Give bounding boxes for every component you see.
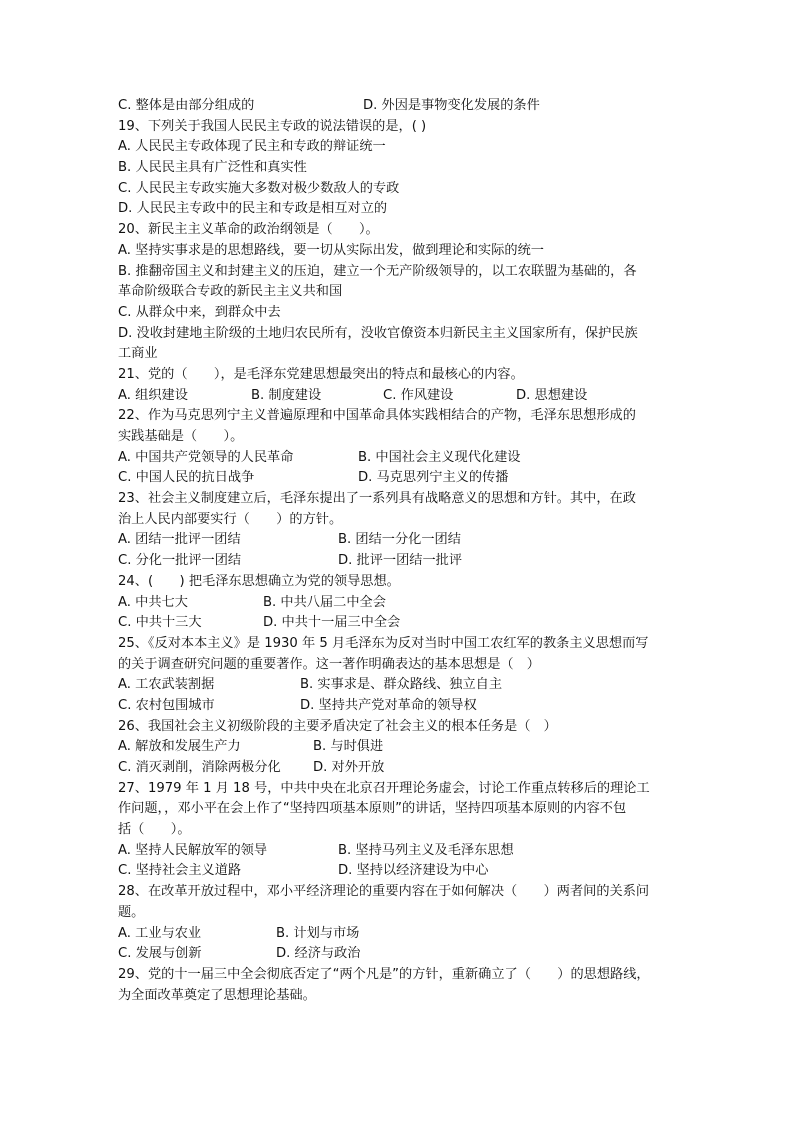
question-stem: 19、下列关于我国人民民主专政的说法错误的是，( ) bbox=[118, 117, 688, 138]
answer-options-row: A. 坚持人民解放军的领导B. 坚持马列主义及毛泽东思想 bbox=[118, 841, 688, 862]
answer-option: B. 中国社会主义现代化建设 bbox=[358, 448, 521, 469]
answer-option: D. 坚持以经济建设为中心 bbox=[338, 861, 488, 882]
text-line: C. 从群众中来，到群众中去 bbox=[118, 303, 688, 324]
text-line: 作问题，，邓小平在会上作了“坚持四项基本原则”的讲话，坚持四项基本原则的内容不包 bbox=[118, 799, 688, 820]
answer-option: C. 分化一批评一团结 bbox=[118, 551, 241, 572]
text-line: B. 人民民主具有广泛性和真实性 bbox=[118, 158, 688, 179]
answer-option: A. 工农武装割据 bbox=[118, 675, 214, 696]
answer-options-row: A. 解放和发展生产力B. 与时俱进 bbox=[118, 737, 688, 758]
question-stem: 27、1979 年 1 月 18 号，中共中央在北京召开理论务虚会，讨论工作重点… bbox=[118, 779, 688, 800]
question-stem: 22、作为马克思列宁主义普遍原理和中国革命具体实践相结合的产物，毛泽东思想形成的 bbox=[118, 406, 688, 427]
answer-option: C. 农村包围城市 bbox=[118, 696, 215, 717]
document-page: C. 整体是由部分组成的D. 外因是事物变化发展的条件19、下列关于我国人民民主… bbox=[118, 96, 688, 1006]
answer-option: D. 对外开放 bbox=[313, 758, 384, 779]
answer-options-row: C. 分化一批评一团结D. 批评一团结一批评 bbox=[118, 551, 688, 572]
answer-option: D. 坚持共产党对革命的领导权 bbox=[300, 696, 477, 717]
question-stem: 23、社会主义制度建立后，毛泽东提出了一系列具有战略意义的思想和方针。其中，在政 bbox=[118, 489, 688, 510]
answer-option: B. 团结一分化一团结 bbox=[338, 530, 461, 551]
answer-options-row: C. 中国人民的抗日战争D. 马克思列宁主义的传播 bbox=[118, 468, 688, 489]
answer-options-row: A. 工农武装割据B. 实事求是、群众路线、独立自主 bbox=[118, 675, 688, 696]
answer-option: A. 团结一批评一团结 bbox=[118, 530, 241, 551]
text-line: 为全面改革奠定了思想理论基础。 bbox=[118, 986, 688, 1007]
answer-option: A. 组织建设 bbox=[118, 386, 188, 407]
text-line: C. 人民民主专政实施大多数对极少数敌人的专政 bbox=[118, 179, 688, 200]
text-line: D. 人民民主专政中的民主和专政是相互对立的 bbox=[118, 199, 688, 220]
answer-options-row: C. 坚持社会主义道路D. 坚持以经济建设为中心 bbox=[118, 861, 688, 882]
text-line: 的关于调查研究问题的重要著作。这一著作明确表达的基本思想是（ ） bbox=[118, 655, 688, 676]
answer-option: D. 马克思列宁主义的传播 bbox=[358, 468, 508, 489]
text-line: A. 坚持实事求是的思想路线，要一切从实际出发，做到理论和实际的统一 bbox=[118, 241, 688, 262]
text-line: D. 没收封建地主阶级的土地归农民所有，没收官僚资本归新民主主义国家所有，保护民… bbox=[118, 324, 688, 345]
answer-option: D. 批评一团结一批评 bbox=[338, 551, 462, 572]
answer-options-row: C. 整体是由部分组成的D. 外因是事物变化发展的条件 bbox=[118, 96, 688, 117]
answer-option: D. 外因是事物变化发展的条件 bbox=[363, 96, 540, 117]
answer-option: B. 实事求是、群众路线、独立自主 bbox=[300, 675, 502, 696]
text-line: 括（ ）。 bbox=[118, 820, 688, 841]
answer-option: C. 作风建设 bbox=[383, 386, 453, 407]
text-line: B. 推翻帝国主义和封建主义的压迫，建立一个无产阶级领导的，以工农联盟为基础的，… bbox=[118, 262, 688, 283]
text-line: 工商业 bbox=[118, 344, 688, 365]
answer-option: B. 中共八届二中全会 bbox=[263, 593, 386, 614]
answer-options-row: A. 中共七大B. 中共八届二中全会 bbox=[118, 593, 688, 614]
question-stem: 24、( ) 把毛泽东思想确立为党的领导思想。 bbox=[118, 572, 688, 593]
answer-option: B. 计划与市场 bbox=[276, 924, 359, 945]
question-stem: 26、我国社会主义初级阶段的主要矛盾决定了社会主义的根本任务是（ ） bbox=[118, 717, 688, 738]
question-stem: 29、党的十一届三中全会彻底否定了“两个凡是”的方针，重新确立了（ ）的思想路线… bbox=[118, 965, 688, 986]
answer-options-row: A. 中国共产党领导的人民革命B. 中国社会主义现代化建设 bbox=[118, 448, 688, 469]
text-line: 革命阶级联合专政的新民主主义共和国 bbox=[118, 282, 688, 303]
answer-option: C. 发展与创新 bbox=[118, 944, 202, 965]
answer-option: C. 中国人民的抗日战争 bbox=[118, 468, 254, 489]
question-stem: 28、在改革开放过程中，邓小平经济理论的重要内容在于如何解决（ ）两者间的关系问 bbox=[118, 882, 688, 903]
text-line: 题。 bbox=[118, 903, 688, 924]
answer-options-row: C. 发展与创新D. 经济与政治 bbox=[118, 944, 688, 965]
answer-options-row: C. 农村包围城市D. 坚持共产党对革命的领导权 bbox=[118, 696, 688, 717]
answer-options-row: C. 消灭剥削，消除两极分化D. 对外开放 bbox=[118, 758, 688, 779]
text-line: A. 人民民主专政体现了民主和专政的辩证统一 bbox=[118, 137, 688, 158]
answer-option: A. 工业与农业 bbox=[118, 924, 201, 945]
answer-options-row: A. 团结一批评一团结B. 团结一分化一团结 bbox=[118, 530, 688, 551]
answer-option: B. 与时俱进 bbox=[313, 737, 383, 758]
question-stem: 20、新民主主义革命的政治纲领是（ ）。 bbox=[118, 220, 688, 241]
answer-options-row: A. 工业与农业B. 计划与市场 bbox=[118, 924, 688, 945]
answer-option: B. 制度建设 bbox=[251, 386, 321, 407]
answer-options-row: C. 中共十三大D. 中共十一届三中全会 bbox=[118, 613, 688, 634]
answer-options-row: A. 组织建设B. 制度建设C. 作风建设D. 思想建设 bbox=[118, 386, 688, 407]
answer-option: A. 解放和发展生产力 bbox=[118, 737, 241, 758]
text-line: 实践基础是（ ）。 bbox=[118, 427, 688, 448]
answer-option: A. 中共七大 bbox=[118, 593, 188, 614]
answer-option: D. 思想建设 bbox=[516, 386, 587, 407]
answer-option: D. 中共十一届三中全会 bbox=[263, 613, 400, 634]
text-line: 治上人民内部要实行（ ）的方针。 bbox=[118, 510, 688, 531]
question-stem: 25、《反对本本主义》是 1930 年 5 月毛泽东为反对当时中国工农红军的教条… bbox=[118, 634, 688, 655]
answer-option: C. 消灭剥削，消除两极分化 bbox=[118, 758, 281, 779]
answer-option: C. 中共十三大 bbox=[118, 613, 202, 634]
answer-option: A. 坚持人民解放军的领导 bbox=[118, 841, 267, 862]
question-stem: 21、党的（ ），是毛泽东党建思想最突出的特点和最核心的内容。 bbox=[118, 365, 688, 386]
answer-option: C. 整体是由部分组成的 bbox=[118, 96, 254, 117]
answer-option: B. 坚持马列主义及毛泽东思想 bbox=[338, 841, 514, 862]
answer-option: A. 中国共产党领导的人民革命 bbox=[118, 448, 293, 469]
answer-option: D. 经济与政治 bbox=[276, 944, 360, 965]
answer-option: C. 坚持社会主义道路 bbox=[118, 861, 241, 882]
